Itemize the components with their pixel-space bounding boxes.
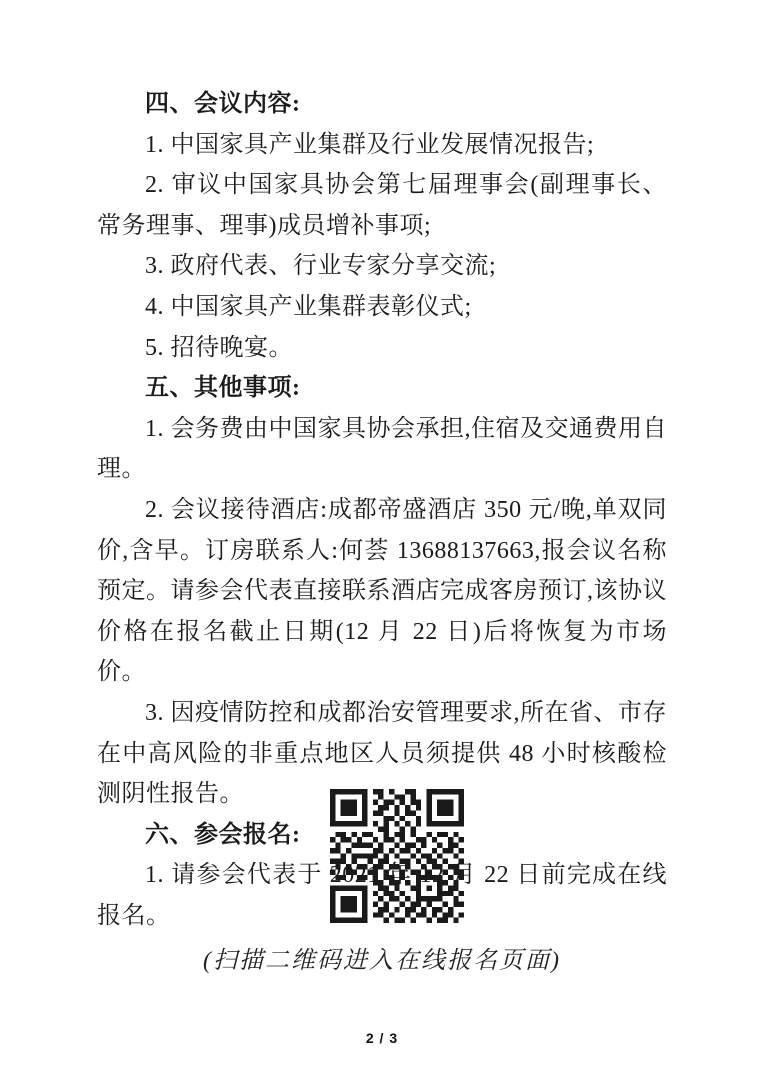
section-heading: 四、会议内容:: [97, 84, 667, 125]
qr-section: [330, 789, 464, 923]
paragraph: 1. 中国家具产业集群及行业发展情况报告;: [97, 125, 667, 166]
page-number: 2 / 3: [0, 1030, 764, 1046]
section-heading: 五、其他事项:: [97, 368, 667, 409]
qr-code: [330, 789, 464, 923]
paragraph: 1. 会务费由中国家具协会承担,住宿及交通费用自理。: [97, 409, 667, 490]
paragraph: 3. 政府代表、行业专家分享交流;: [97, 246, 667, 287]
paragraph: 2. 审议中国家具协会第七届理事会(副理事长、常务理事、理事)成员增补事项;: [97, 165, 667, 246]
paragraph: 4. 中国家具产业集群表彰仪式;: [97, 287, 667, 328]
qr-caption: (扫描二维码进入在线报名页面): [0, 940, 764, 975]
document-page: 四、会议内容:1. 中国家具产业集群及行业发展情况报告;2. 审议中国家具协会第…: [0, 0, 764, 1080]
paragraph: 2. 会议接待酒店:成都帝盛酒店 350 元/晚,单双同价,含早。订房联系人:何…: [97, 490, 667, 693]
paragraph: 5. 招待晚宴。: [97, 328, 667, 369]
